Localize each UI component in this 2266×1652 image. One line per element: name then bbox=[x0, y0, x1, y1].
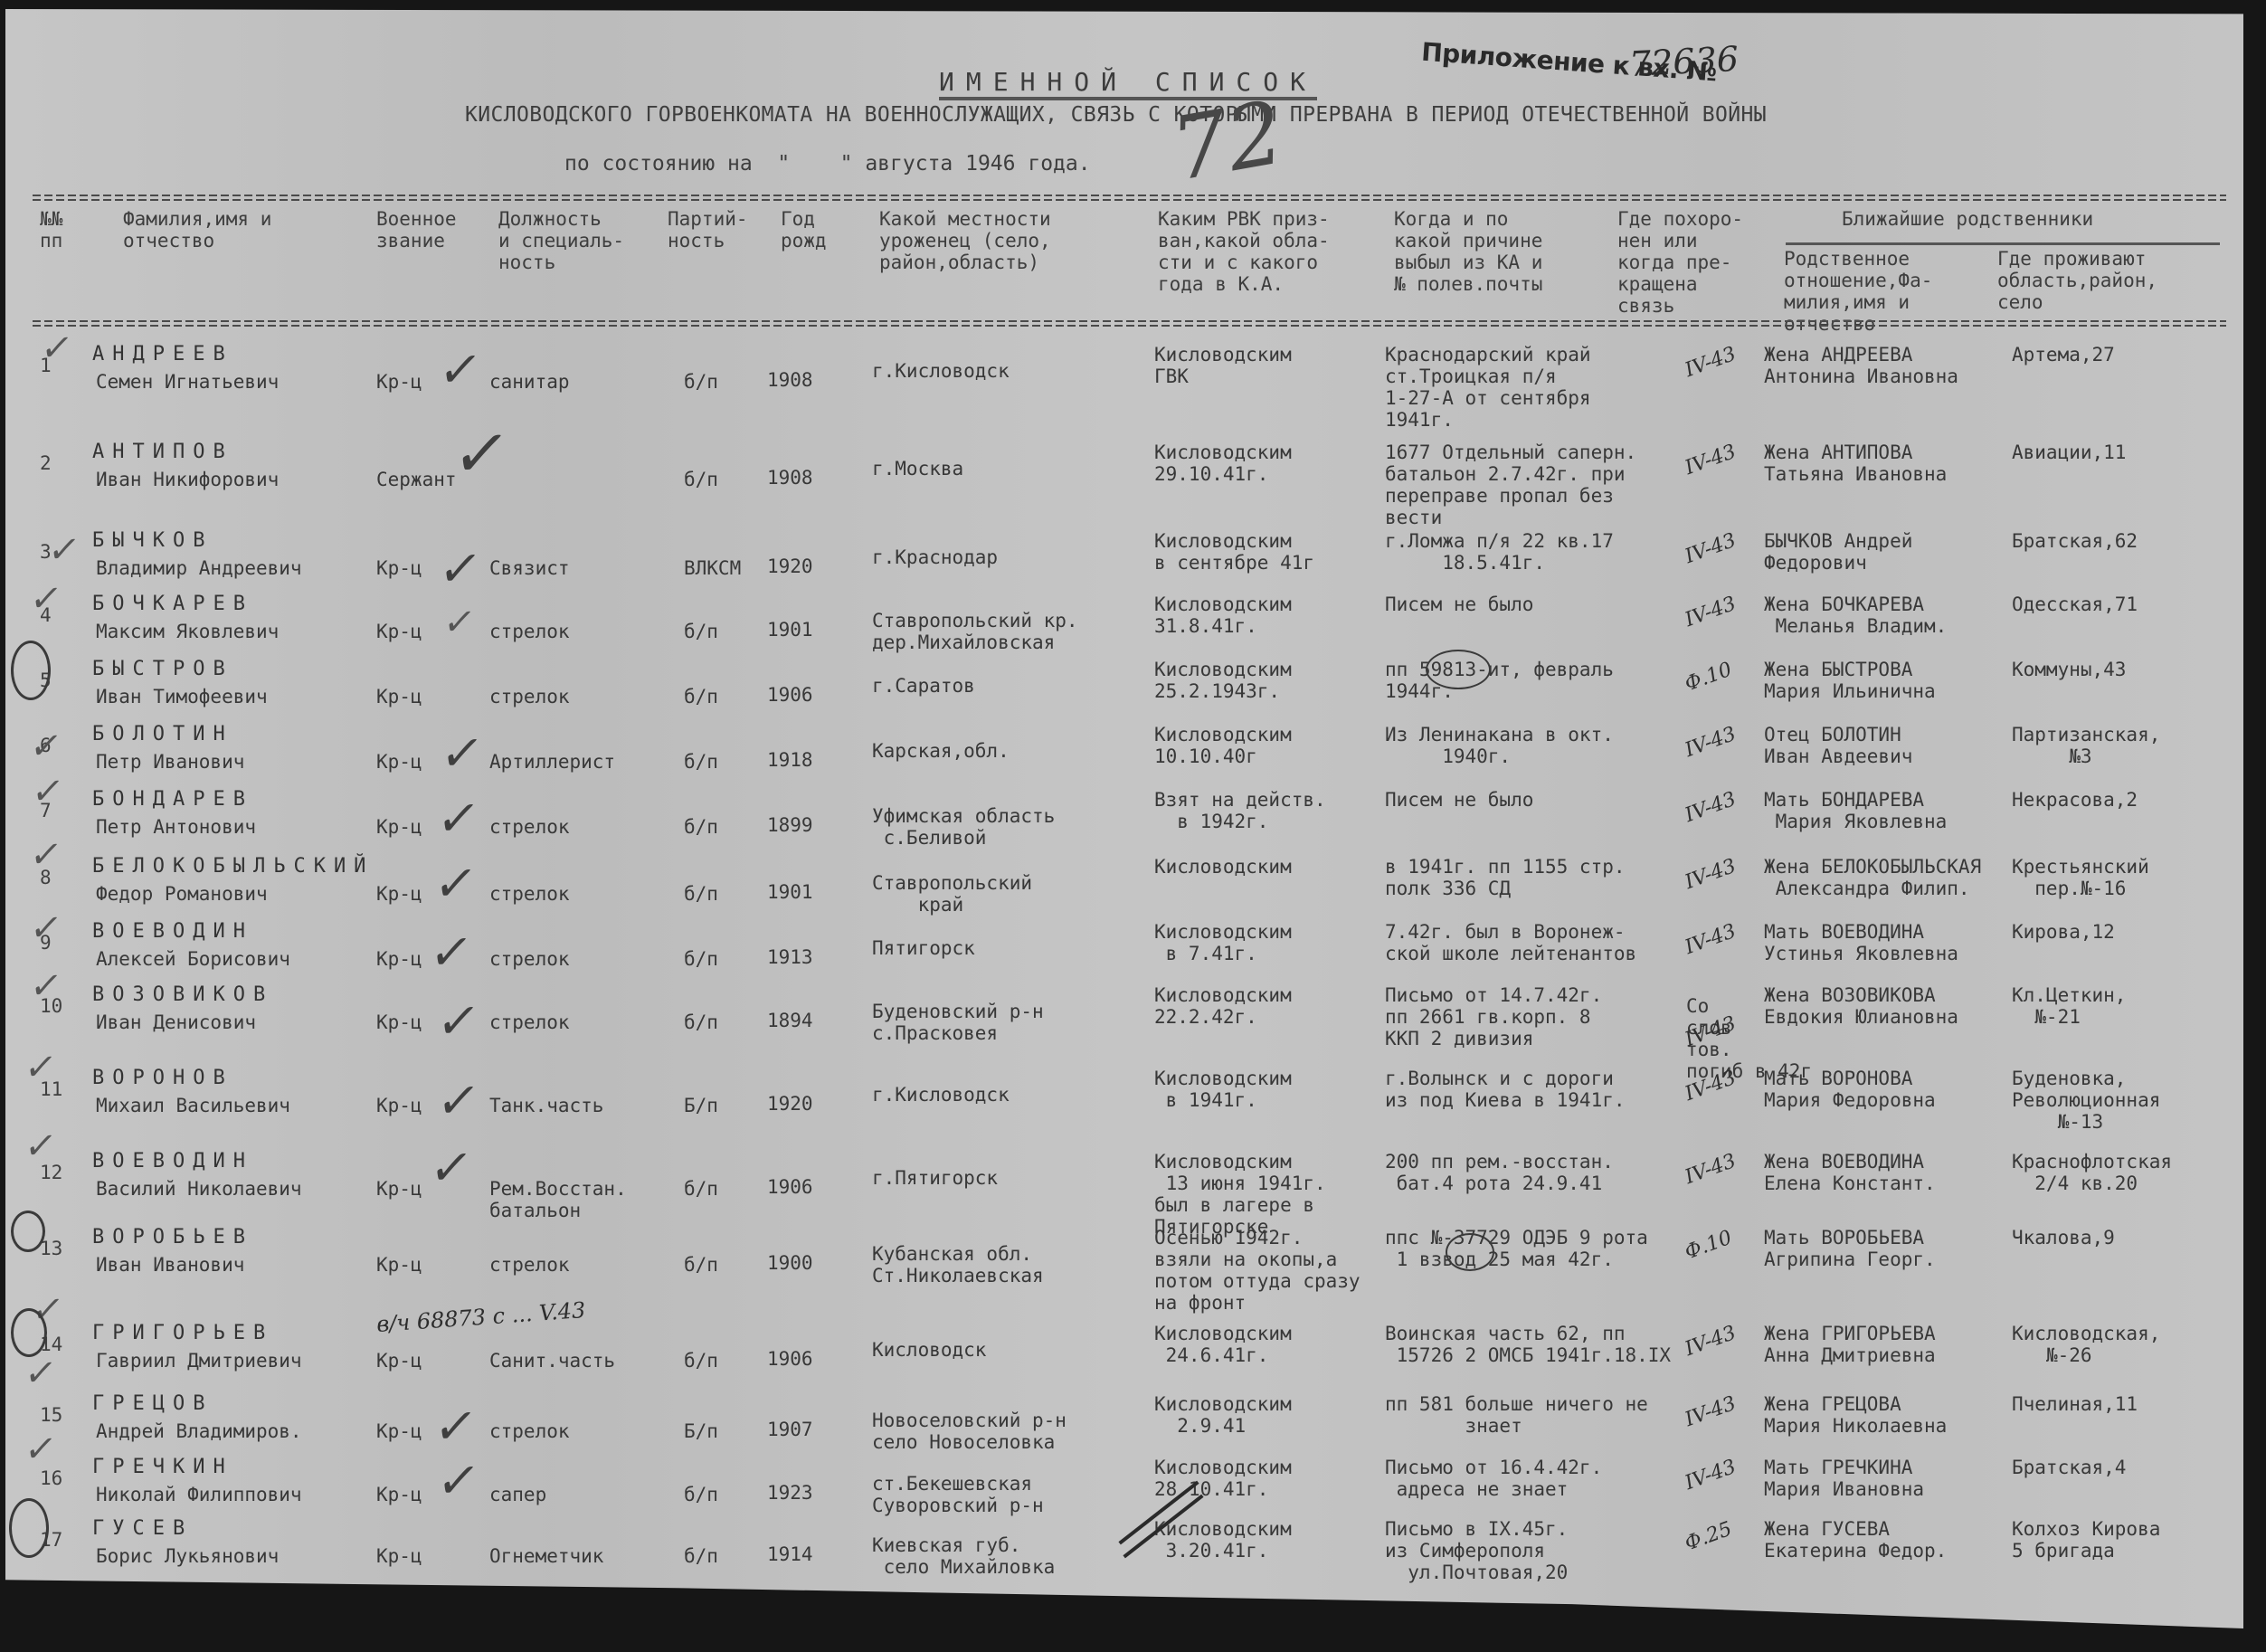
rank-cell: Кр-ц bbox=[376, 1420, 422, 1442]
col-header-rvk: Каким РВК приз- ван,какой обла- сти и с … bbox=[1158, 208, 1330, 295]
relation-cell: Жена БЫСТРОВА Мария Ильинична bbox=[1764, 659, 1936, 702]
pencil-checkmark-icon: ✓ bbox=[22, 1049, 59, 1086]
rank-cell: Кр-ц bbox=[376, 883, 422, 905]
pencil-checkmark-icon: ✓ bbox=[441, 604, 478, 641]
pencil-checkmark-icon: ✓ bbox=[437, 729, 487, 778]
handwritten-archive-mark: Ф.10 bbox=[1682, 659, 1735, 697]
party-cell: б/п bbox=[684, 686, 718, 707]
surname-cell: ВОЕВОДИН bbox=[92, 1151, 253, 1173]
party-cell: б/п bbox=[684, 1011, 718, 1033]
address-cell: Кисловодская, №-26 bbox=[2012, 1323, 2160, 1366]
birth-year-cell: 1908 bbox=[767, 369, 813, 391]
relatives-group-underline bbox=[1786, 242, 2220, 245]
handwritten-archive-mark: IV-43 bbox=[1682, 441, 1739, 479]
party-cell: б/п bbox=[684, 1484, 718, 1505]
birth-year-cell: 1906 bbox=[767, 1348, 813, 1370]
given-names-cell: Петр Антонович bbox=[96, 816, 256, 838]
origin-cell: Киевская губ. село Михайловка bbox=[872, 1534, 1055, 1578]
position-cell: стрелок bbox=[489, 816, 570, 838]
birth-year-cell: 1908 bbox=[767, 467, 813, 489]
origin-cell: г.Кисловодск bbox=[872, 360, 1010, 382]
given-names-cell: Алексей Борисович bbox=[96, 948, 290, 970]
birth-year-cell: 1913 bbox=[767, 946, 813, 968]
pencil-checkmark-icon: ✓ bbox=[45, 532, 82, 568]
given-names-cell: Иван Денисович bbox=[96, 1011, 256, 1033]
rvk-cell: Кисловодским 25.2.1943г. bbox=[1154, 659, 1292, 702]
pencil-checkmark-icon: ✓ bbox=[38, 330, 75, 366]
rank-cell: Кр-ц bbox=[376, 621, 422, 642]
origin-cell: г.Кисловодск bbox=[872, 1084, 1010, 1106]
row-number: 2 bbox=[40, 452, 52, 474]
rvk-cell: Кисловодским 10.10.40г bbox=[1154, 724, 1292, 767]
origin-cell: г.Москва bbox=[872, 458, 963, 479]
address-cell: Братская,4 bbox=[2012, 1457, 2126, 1478]
address-cell: Кирова,12 bbox=[2012, 921, 2115, 943]
rvk-cell: Кисловодским 31.8.41г. bbox=[1154, 593, 1292, 637]
origin-cell: Карская,обл. bbox=[872, 740, 1010, 762]
handwritten-archive-mark: IV-43 bbox=[1682, 1150, 1739, 1189]
col-header-year: Год рожд bbox=[781, 208, 827, 252]
circled-field-post-number bbox=[1426, 650, 1491, 689]
rank-cell: Кр-ц bbox=[376, 1011, 422, 1033]
position-cell: стрелок bbox=[489, 1011, 570, 1033]
given-names-cell: Николай Филиппович bbox=[96, 1484, 302, 1505]
party-cell: б/п bbox=[684, 621, 718, 642]
pencil-checkmark-icon: ✓ bbox=[27, 968, 64, 1004]
relation-cell: Жена АНДРЕЕВА Антонина Ивановна bbox=[1764, 344, 1958, 387]
position-cell: стрелок bbox=[489, 948, 570, 970]
address-cell: Братская,62 bbox=[2012, 530, 2138, 552]
circled-row-number-5 bbox=[11, 641, 51, 700]
position-cell: Танк.часть bbox=[489, 1095, 603, 1116]
party-cell: б/п bbox=[684, 1350, 718, 1372]
pencil-checkmark-icon: ✓ bbox=[27, 728, 64, 764]
circled-row-number-17 bbox=[9, 1498, 49, 1558]
relation-cell: Жена АНТИПОВА Татьяна Ивановна bbox=[1764, 441, 1947, 485]
handwritten-archive-mark: IV-43 bbox=[1682, 1392, 1739, 1431]
row-number: 16 bbox=[40, 1467, 62, 1489]
col-header-relatives-group: Ближайшие родственники bbox=[1842, 208, 2093, 230]
handwritten-archive-mark: IV-43 bbox=[1682, 920, 1739, 959]
dropped-cell: Воинская часть 62, пп 15726 2 ОМСБ 1941г… bbox=[1385, 1323, 1671, 1366]
dropped-cell: в 1941г. пп 1155 стр. полк 336 СД bbox=[1385, 856, 1626, 899]
relation-cell: Жена БОЧКАРЕВА Меланья Владим. bbox=[1764, 593, 1947, 637]
col-header-num: №№ пп bbox=[40, 208, 62, 252]
address-cell: Чкалова,9 bbox=[2012, 1227, 2115, 1248]
rank-cell: Кр-ц bbox=[376, 1484, 422, 1505]
origin-cell: Пятигорск bbox=[872, 937, 975, 959]
pencil-checkmark-icon: ✓ bbox=[27, 581, 64, 617]
position-cell: стрелок bbox=[489, 883, 570, 905]
surname-cell: БЫЧКОВ bbox=[92, 530, 213, 552]
surname-cell: АНТИПОВ bbox=[92, 441, 233, 463]
rvk-cell: Кисловодским в сентябре 41г bbox=[1154, 530, 1314, 574]
birth-year-cell: 1901 bbox=[767, 619, 813, 641]
circled-row-number-13 bbox=[11, 1211, 45, 1252]
relation-cell: Мать БОНДАРЕВА Мария Яковлевна bbox=[1764, 789, 1947, 832]
handwritten-archive-mark: IV-43 bbox=[1682, 855, 1739, 894]
incoming-stamp-number: 72636 bbox=[1628, 39, 1740, 84]
origin-cell: Кисловодск bbox=[872, 1339, 986, 1361]
relation-cell: Жена БЕЛОКОБЫЛЬСКАЯ Александра Филип. bbox=[1764, 856, 1981, 899]
position-cell: стрелок bbox=[489, 1420, 570, 1442]
address-cell: Коммуны,43 bbox=[2012, 659, 2126, 680]
dropped-cell: Письмо от 14.7.42г. пп 2661 гв.корп. 8 К… bbox=[1385, 984, 1602, 1049]
pencil-checkmark-icon: ✓ bbox=[431, 859, 480, 908]
given-names-cell: Борис Лукьянович bbox=[96, 1545, 279, 1567]
surname-cell: БОЧКАРЕВ bbox=[92, 593, 253, 615]
dropped-cell: 1677 Отдельный саперн. батальон 2.7.42г.… bbox=[1385, 441, 1636, 528]
handwritten-archive-mark: IV-43 bbox=[1682, 343, 1739, 382]
dropped-cell: Из Ленинакана в окт. 1940г. bbox=[1385, 724, 1614, 767]
birth-year-cell: 1920 bbox=[767, 1093, 813, 1115]
position-cell: стрелок bbox=[489, 621, 570, 642]
dropped-cell: Писем не было bbox=[1385, 593, 1533, 615]
origin-cell: г.Пятигорск bbox=[872, 1167, 998, 1189]
rvk-cell: Кисловодским 24.6.41г. bbox=[1154, 1323, 1292, 1366]
table-header-bottom-rule bbox=[33, 320, 2226, 328]
document-subtitle: КИСЛОВОДСКОГО ГОРВОЕНКОМАТА НА ВОЕННОСЛУ… bbox=[465, 103, 1767, 127]
given-names-cell: Иван Тимофеевич bbox=[96, 686, 268, 707]
origin-cell: Новоселовский р-н село Новоселовка bbox=[872, 1410, 1067, 1453]
rvk-cell: Кисловодским 29.10.41г. bbox=[1154, 441, 1292, 485]
origin-cell: г.Краснодар bbox=[872, 546, 998, 568]
position-cell: стрелок bbox=[489, 686, 570, 707]
position-cell: сапер bbox=[489, 1484, 546, 1505]
surname-cell: АНДРЕЕВ bbox=[92, 344, 233, 366]
surname-cell: ГРИГОРЬЕВ bbox=[92, 1323, 273, 1344]
dropped-cell: 200 пп рем.-восстан. бат.4 рота 24.9.41 bbox=[1385, 1151, 1614, 1194]
origin-cell: Уфимская область с.Беливой bbox=[872, 805, 1055, 849]
party-cell: б/п bbox=[684, 816, 718, 838]
party-cell: б/п bbox=[684, 751, 718, 773]
relation-cell: Жена ВОЕВОДИНА Елена Констант. bbox=[1764, 1151, 1936, 1194]
surname-cell: ВОРОНОВ bbox=[92, 1068, 233, 1089]
relation-cell: Жена ГУСЕВА Екатерина Федор. bbox=[1764, 1518, 1947, 1562]
pencil-checkmark-icon: ✓ bbox=[426, 928, 476, 977]
circled-field-post-number bbox=[1446, 1233, 1494, 1271]
origin-cell: Ставропольский край bbox=[872, 872, 1032, 916]
pencil-checkmark-icon: ✓ bbox=[433, 1457, 483, 1505]
dropped-cell: пп 581 больше ничего не знает bbox=[1385, 1393, 1648, 1437]
dropped-cell: 7.42г. был в Воронеж- ской школе лейтена… bbox=[1385, 921, 1636, 964]
col-header-rank: Военное звание bbox=[376, 208, 457, 252]
handwritten-sheet-number: 72 bbox=[1164, 81, 1291, 201]
rank-cell: Кр-ц bbox=[376, 1545, 422, 1567]
handwritten-archive-mark: IV-43 bbox=[1682, 529, 1739, 568]
rank-cell: Кр-ц bbox=[376, 1095, 422, 1116]
address-cell: Артема,27 bbox=[2012, 344, 2115, 366]
surname-cell: ГРЕЧКИН bbox=[92, 1457, 233, 1478]
position-cell: Санит.часть bbox=[489, 1350, 615, 1372]
rvk-cell: Кисловодским 3.20.41г. bbox=[1154, 1518, 1292, 1562]
surname-cell: ВОЗОВИКОВ bbox=[92, 984, 273, 1006]
rank-cell: Сержант bbox=[376, 469, 457, 490]
party-cell: ВЛКСМ bbox=[684, 557, 741, 579]
pencil-checkmark-icon: ✓ bbox=[29, 774, 66, 810]
rvk-cell: Кисловодским bbox=[1154, 856, 1292, 878]
address-cell: Одесская,71 bbox=[2012, 593, 2138, 615]
col-header-dropped: Когда и по какой причине выбыл из КА и №… bbox=[1394, 208, 1542, 295]
rvk-cell: Кисловодским 22.2.42г. bbox=[1154, 984, 1292, 1028]
given-names-cell: Иван Никифорович bbox=[96, 469, 279, 490]
rvk-cell: Осенью 1942г. взяли на окопы,а потом отт… bbox=[1154, 1227, 1361, 1314]
birth-year-cell: 1900 bbox=[767, 1252, 813, 1274]
handwritten-archive-mark: IV-43 bbox=[1682, 1322, 1739, 1361]
party-cell: б/п bbox=[684, 469, 718, 490]
surname-cell: ВОЕВОДИН bbox=[92, 921, 253, 943]
rank-cell: Кр-ц bbox=[376, 371, 422, 393]
rank-cell: Кр-ц bbox=[376, 1350, 422, 1372]
rank-cell: Кр-ц bbox=[376, 948, 422, 970]
birth-year-cell: 1918 bbox=[767, 749, 813, 771]
relation-cell: Мать ВОЕВОДИНА Устинья Яковлевна bbox=[1764, 921, 1958, 964]
address-cell: Авиации,11 bbox=[2012, 441, 2126, 463]
position-cell: Связист bbox=[489, 557, 570, 579]
col-header-party: Партий- ность bbox=[668, 208, 748, 252]
surname-cell: БЕЛОКОБЫЛЬСКИЙ bbox=[92, 856, 374, 878]
pencil-checkmark-icon: ✓ bbox=[22, 1355, 59, 1391]
circled-row-number-14 bbox=[11, 1308, 47, 1357]
rank-cell: Кр-ц bbox=[376, 686, 422, 707]
pencil-checkmark-icon: ✓ bbox=[433, 1077, 483, 1125]
address-cell: Пчелиная,11 bbox=[2012, 1393, 2138, 1415]
row-number: 15 bbox=[40, 1404, 62, 1426]
dropped-cell: Письмо от 16.4.42г. адреса не знает bbox=[1385, 1457, 1602, 1500]
handwritten-note-row-14: в/ч 68873 с ... V.43 bbox=[375, 1297, 586, 1337]
birth-year-cell: 1923 bbox=[767, 1482, 813, 1504]
dropped-cell: Писем не было bbox=[1385, 789, 1533, 811]
position-cell: Рем.Восстан. батальон bbox=[489, 1178, 627, 1221]
as-of-date: по состоянию на " " августа 1946 года. bbox=[564, 152, 1091, 176]
rank-cell: Кр-ц bbox=[376, 1178, 422, 1200]
pencil-checkmark-icon: ✓ bbox=[22, 1128, 59, 1164]
position-cell: стрелок bbox=[489, 1254, 570, 1276]
given-names-cell: Михаил Васильевич bbox=[96, 1095, 290, 1116]
position-cell: Артиллерист bbox=[489, 751, 615, 773]
relation-cell: Жена ГРЕЦОВА Мария Николаевна bbox=[1764, 1393, 1947, 1437]
surname-cell: ВОРОБЬЕВ bbox=[92, 1227, 253, 1248]
given-names-cell: Федор Романович bbox=[96, 883, 268, 905]
address-cell: Буденовка, Революционная №-13 bbox=[2012, 1068, 2160, 1133]
given-names-cell: Андрей Владимиров. bbox=[96, 1420, 302, 1442]
pencil-checkmark-icon: ✓ bbox=[435, 545, 485, 593]
given-names-cell: Петр Иванович bbox=[96, 751, 244, 773]
rvk-cell: Кисловодским 2.9.41 bbox=[1154, 1393, 1292, 1437]
surname-cell: БЫСТРОВ bbox=[92, 659, 233, 680]
address-cell: Крестьянский пер.№-16 bbox=[2012, 856, 2149, 899]
address-cell: Кл.Цеткин, №-21 bbox=[2012, 984, 2126, 1028]
handwritten-archive-mark: IV-43 bbox=[1682, 723, 1739, 762]
pencil-checkmark-icon: ✓ bbox=[27, 910, 64, 946]
surname-cell: БОЛОТИН bbox=[92, 724, 233, 745]
rank-cell: Кр-ц bbox=[376, 1254, 422, 1276]
col-header-name: Фамилия,имя и отчество bbox=[123, 208, 271, 252]
dropped-cell: Краснодарский край ст.Троицкая п/я 1-27-… bbox=[1385, 344, 1591, 431]
given-names-cell: Василий Николаевич bbox=[96, 1178, 302, 1200]
relation-cell: Жена ГРИГОРЬЕВА Анна Дмитриевна bbox=[1764, 1323, 1936, 1366]
document-page: ИМЕННОЙ СПИСОК КИСЛОВОДСКОГО ГОРВОЕНКОМА… bbox=[5, 9, 2243, 1628]
relation-cell: Мать ВОРОБЬЕВА Агрипина Георг. bbox=[1764, 1227, 1936, 1270]
pencil-checkmark-icon: ✓ bbox=[433, 997, 483, 1046]
birth-year-cell: 1894 bbox=[767, 1010, 813, 1031]
address-cell: Колхоз Кирова 5 бригада bbox=[2012, 1518, 2160, 1562]
rvk-cell: Кисловодским ГВК bbox=[1154, 344, 1292, 387]
pencil-checkmark-icon: ✓ bbox=[435, 346, 485, 394]
dropped-cell: пп 59813-ит, февраль 1944г. bbox=[1385, 659, 1614, 702]
birth-year-cell: 1914 bbox=[767, 1543, 813, 1565]
surname-cell: БОНДАРЕВ bbox=[92, 789, 253, 811]
rank-cell: Кр-ц bbox=[376, 751, 422, 773]
birth-year-cell: 1907 bbox=[767, 1419, 813, 1440]
dropped-cell: г.Волынск и с дороги из под Киева в 1941… bbox=[1385, 1068, 1626, 1111]
relation-cell: Мать ГРЕЧКИНА Мария Ивановна bbox=[1764, 1457, 1924, 1500]
handwritten-archive-mark: IV-43 bbox=[1682, 593, 1739, 631]
position-cell: Огнеметчик bbox=[489, 1545, 603, 1567]
origin-cell: Ставропольский кр. дер.Михайловская bbox=[872, 610, 1078, 653]
surname-cell: ГРЕЦОВ bbox=[92, 1393, 213, 1415]
dropped-cell: ппс №-37729 ОДЭБ 9 рота 1 взвод 25 мая 4… bbox=[1385, 1227, 1648, 1270]
given-names-cell: Гавриил Дмитриевич bbox=[96, 1350, 302, 1372]
rvk-cell: Кисловодским 28.10.41г. bbox=[1154, 1457, 1292, 1500]
dropped-cell: Письмо в IX.45г. из Симферополя ул.Почто… bbox=[1385, 1518, 1568, 1583]
birth-year-cell: 1920 bbox=[767, 555, 813, 577]
pencil-checkmark-icon: ✓ bbox=[431, 1402, 480, 1451]
origin-cell: ст.Бекешевская Суворовский р-н bbox=[872, 1473, 1044, 1516]
pencil-checkmark-icon: ✓ bbox=[433, 794, 483, 843]
pencil-checkmark-icon: ✓ bbox=[426, 1144, 476, 1192]
party-cell: б/п bbox=[684, 1254, 718, 1276]
rvk-cell: Кисловодским в 1941г. bbox=[1154, 1068, 1292, 1111]
col-header-address: Где проживают область,район, село bbox=[1997, 248, 2157, 313]
dropped-cell: г.Ломжа п/я 22 кв.17 18.5.41г. bbox=[1385, 530, 1614, 574]
relation-cell: Мать ВОРОНОВА Мария Федоровна bbox=[1764, 1068, 1936, 1111]
position-cell: санитар bbox=[489, 371, 570, 393]
pencil-checkmark-icon: ✓ bbox=[22, 1431, 59, 1467]
surname-cell: ГУСЕВ bbox=[92, 1518, 193, 1540]
party-cell: Б/п bbox=[684, 1095, 718, 1116]
given-names-cell: Семен Игнатьевич bbox=[96, 371, 279, 393]
party-cell: б/п bbox=[684, 1545, 718, 1567]
pencil-checkmark-icon: ✓ bbox=[449, 421, 515, 486]
relation-cell: Жена ВОЗОВИКОВА Евдокия Юлиановна bbox=[1764, 984, 1958, 1028]
given-names-cell: Владимир Андреевич bbox=[96, 557, 302, 579]
birth-year-cell: 1899 bbox=[767, 814, 813, 836]
rank-cell: Кр-ц bbox=[376, 557, 422, 579]
given-names-cell: Максим Яковлевич bbox=[96, 621, 279, 642]
party-cell: б/п bbox=[684, 371, 718, 393]
origin-cell: Кубанская обл. Ст.Николаевская bbox=[872, 1243, 1044, 1286]
given-names-cell: Иван Иванович bbox=[96, 1254, 244, 1276]
col-header-position: Должность и специаль- ность bbox=[498, 208, 624, 273]
rank-cell: Кр-ц bbox=[376, 816, 422, 838]
col-header-buried: Где похоро- нен или когда пре- кращена с… bbox=[1617, 208, 1743, 317]
origin-cell: Буденовский р-н с.Прасковея bbox=[872, 1001, 1044, 1044]
address-cell: Краснофлотская 2/4 кв.20 bbox=[2012, 1151, 2172, 1194]
rvk-cell: Взят на действ. в 1942г. bbox=[1154, 789, 1326, 832]
handwritten-archive-mark: IV-43 bbox=[1682, 1456, 1739, 1495]
rvk-cell: Кисловодским 13 июня 1941г. был в лагере… bbox=[1154, 1151, 1326, 1238]
rvk-cell: Кисловодским в 7.41г. bbox=[1154, 921, 1292, 964]
handwritten-archive-mark: Ф.25 bbox=[1682, 1518, 1735, 1556]
birth-year-cell: 1901 bbox=[767, 881, 813, 903]
address-cell: Некрасова,2 bbox=[2012, 789, 2138, 811]
pencil-checkmark-icon: ✓ bbox=[27, 837, 64, 873]
birth-year-cell: 1906 bbox=[767, 1176, 813, 1198]
party-cell: б/п bbox=[684, 883, 718, 905]
col-header-origin: Какой местности уроженец (село, район,об… bbox=[879, 208, 1051, 273]
birth-year-cell: 1906 bbox=[767, 684, 813, 706]
origin-cell: г.Саратов bbox=[872, 675, 975, 697]
handwritten-archive-mark: IV-43 bbox=[1682, 788, 1739, 827]
relation-cell: Отец БОЛОТИН Иван Авдеевич bbox=[1764, 724, 1912, 767]
party-cell: б/п bbox=[684, 1178, 718, 1200]
handwritten-archive-mark: Ф.10 bbox=[1682, 1227, 1735, 1265]
party-cell: Б/п bbox=[684, 1420, 718, 1442]
relation-cell: БЫЧКОВ Андрей Федорович bbox=[1764, 530, 1912, 574]
party-cell: б/п bbox=[684, 948, 718, 970]
address-cell: Партизанская, №3 bbox=[2012, 724, 2160, 767]
table-top-rule bbox=[33, 195, 2226, 202]
